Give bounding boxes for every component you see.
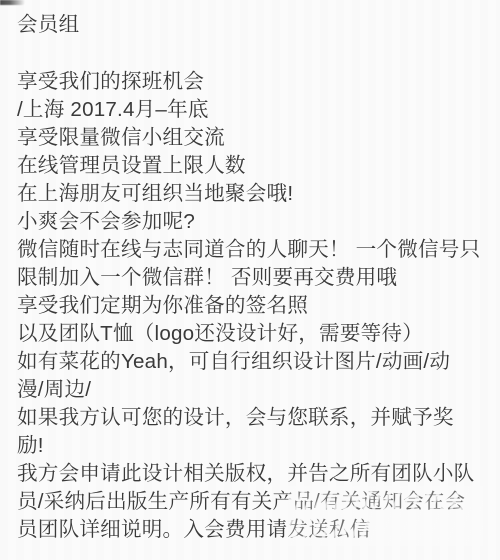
post-title: 会员组 — [17, 11, 79, 39]
text-line: 享受限量微信小组交流 — [17, 124, 489, 152]
text-line: 漫/周边/ — [17, 376, 489, 404]
text-line: 员/采纳后出版生产所有有关产品/有关通知会在会 — [17, 488, 489, 516]
text-line: 如有菜花的Yeah，可自行组织设计图片/动画/动 — [17, 348, 489, 376]
text-line: 我方会申请此设计相关版权，并告之所有团队小队 — [17, 460, 489, 488]
text-line: /上海 2017.4月–年底 — [17, 96, 489, 124]
post-body: 享受我们的探班机会 /上海 2017.4月–年底 享受限量微信小组交流 在线管理… — [17, 68, 489, 544]
screenshot-artifact — [0, 0, 25, 5]
post-screenshot: 会员组 享受我们的探班机会 /上海 2017.4月–年底 享受限量微信小组交流 … — [0, 0, 500, 560]
text-line: 微信随时在线与志同道合的人聊天！ 一个微信号只 — [17, 236, 489, 264]
text-line: 享受我们定期为你准备的签名照 — [17, 292, 489, 320]
text-line: 小爽会不会参加呢? — [17, 208, 489, 236]
text-line: 享受我们的探班机会 — [17, 68, 489, 96]
text-line: 在线管理员设置上限人数 — [17, 152, 489, 180]
text-line: 在上海朋友可组织当地聚会哦! — [17, 180, 489, 208]
text-line: 如果我方认可您的设计，会与您联系，并赋予奖 — [17, 404, 489, 432]
text-line: 限制加入一个微信群！ 否则要再交费用哦 — [17, 264, 489, 292]
text-line: 以及团队T恤（logo还没设计好，需要等待） — [17, 320, 489, 348]
text-line: 员团队详细说明。入会费用请发送私信 — [17, 516, 489, 544]
text-line: 励! — [17, 432, 489, 460]
